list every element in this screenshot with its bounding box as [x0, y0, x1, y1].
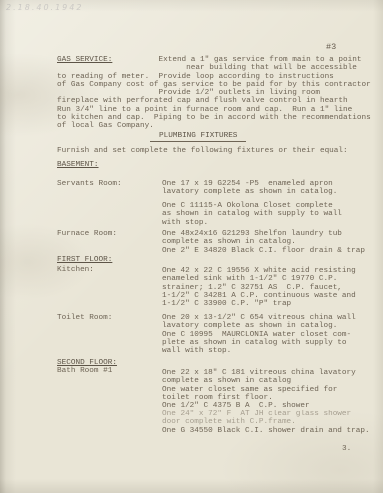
- furnace-room-fixtures: One 48x24x16 G21293 Shelfon laundry tub …: [162, 230, 365, 255]
- scanned-spec-page: 2.18.40.1942 #3 GAS SERVICE: Extend a 1"…: [0, 0, 383, 493]
- bath-room-1-shower-door: One 24" x 72" F AT JH clear glass shower…: [162, 410, 351, 427]
- page-number-footer: 3.: [342, 445, 351, 453]
- kitchen-label: Kitchen:: [57, 266, 94, 274]
- kitchen-fixtures: One 42 x 22 C 19556 X white acid resisti…: [162, 267, 356, 308]
- servants-room-label: Servants Room:: [57, 180, 122, 188]
- servants-room-fixture-closet: One C 11115-A Okolona Closet complete as…: [162, 202, 342, 227]
- basement-heading: BASEMENT:: [57, 161, 99, 169]
- toilet-room-label: Toilet Room:: [57, 314, 112, 322]
- plumbing-fixtures-title: PLUMBING FIXTURES: [150, 132, 246, 142]
- bath-room-1-fixtures: One 22 x 18" C 181 vitreous china lavato…: [162, 369, 356, 410]
- bath-room-1-shower-drain: One G 34550 Black C.I. shower drain and …: [162, 427, 370, 435]
- bath-room-1-label: Bath Room #1: [57, 367, 112, 375]
- first-floor-heading: FIRST FLOOR:: [57, 256, 112, 264]
- page-number-header: #3: [326, 43, 336, 51]
- servants-room-fixture-lavatory: One 17 x 19 G2254 -P5 enameled apron lav…: [162, 180, 337, 197]
- fixtures-intro-line: Furnish and set complete the following f…: [57, 147, 348, 155]
- pencil-note: 2.18.40.1942: [6, 3, 83, 13]
- toilet-room-fixtures: One 20 x 13-1/2" C 654 vitreous china wa…: [162, 314, 356, 355]
- gas-service-paragraph: Extend a 1" gas service from main to a p…: [57, 56, 371, 131]
- furnace-room-label: Furnace Room:: [57, 230, 117, 238]
